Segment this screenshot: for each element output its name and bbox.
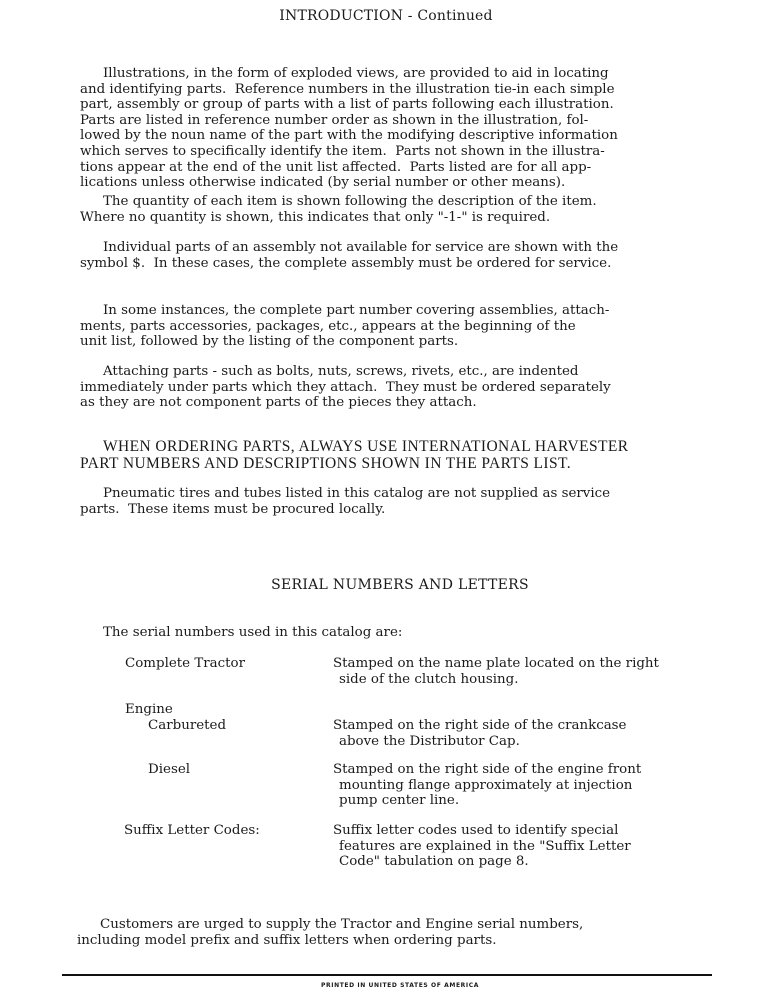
serial-row-desc: Suffix letter codes used to identify spe… <box>333 823 631 870</box>
serial-intro: The serial numbers used in this catalog … <box>103 625 402 641</box>
paragraph-illustrations: Illustrations, in the form of exploded v… <box>80 66 710 191</box>
serial-row-desc: Stamped on the right side of the engine … <box>333 762 641 809</box>
text-line: Stamped on the name plate located on the… <box>333 656 659 672</box>
serial-row-label: Carbureted <box>148 718 226 733</box>
text-line: Code" tabulation on page 8. <box>333 854 631 870</box>
paragraph-closing: Customers are urged to supply the Tracto… <box>77 917 707 948</box>
paragraph-ordering-notice: WHEN ORDERING PARTS, ALWAYS USE INTERNAT… <box>80 438 710 472</box>
page-title: INTRODUCTION - Continued <box>0 8 772 24</box>
text-line: pump center line. <box>333 793 641 809</box>
paragraph-pneumatic-tires: Pneumatic tires and tubes listed in this… <box>80 486 710 517</box>
text-line: parts. These items must be procured loca… <box>80 502 710 518</box>
text-line: above the Distributor Cap. <box>333 734 626 750</box>
text-line: WHEN ORDERING PARTS, ALWAYS USE INTERNAT… <box>80 438 710 455</box>
text-line: which serves to specifically identify th… <box>80 144 710 160</box>
text-line: Suffix letter codes used to identify spe… <box>333 823 631 839</box>
text-line: Where no quantity is shown, this indicat… <box>80 210 710 226</box>
text-line: ments, parts accessories, packages, etc.… <box>80 319 710 335</box>
text-line: Illustrations, in the form of exploded v… <box>80 66 710 82</box>
text-line: as they are not component parts of the p… <box>80 395 710 411</box>
text-line: side of the clutch housing. <box>333 672 659 688</box>
footer-imprint: PRINTED IN UNITED STATES OF AMERICA <box>0 982 772 989</box>
serial-row-label: Suffix Letter Codes: <box>124 823 260 838</box>
paragraph-complete-part-number: In some instances, the complete part num… <box>80 303 710 350</box>
text-line: tions appear at the end of the unit list… <box>80 160 710 176</box>
text-line: mounting flange approximately at injecti… <box>333 778 641 794</box>
text-line: including model prefix and suffix letter… <box>77 933 707 949</box>
engine-heading: Engine <box>125 702 173 717</box>
serial-row-label: Complete Tractor <box>125 656 245 671</box>
text-line: PART NUMBERS AND DESCRIPTIONS SHOWN IN T… <box>80 455 710 472</box>
text-line: and identifying parts. Reference numbers… <box>80 82 710 98</box>
text-line: features are explained in the "Suffix Le… <box>333 839 631 855</box>
text-line: Pneumatic tires and tubes listed in this… <box>80 486 710 502</box>
footer-rule <box>62 974 712 976</box>
text-line: immediately under parts which they attac… <box>80 380 710 396</box>
text-line: Stamped on the right side of the engine … <box>333 762 641 778</box>
paragraph-quantity: The quantity of each item is shown follo… <box>80 194 710 225</box>
text-line: unit list, followed by the listing of th… <box>80 334 710 350</box>
text-line: symbol $. In these cases, the complete a… <box>80 256 710 272</box>
text-line: Customers are urged to supply the Tracto… <box>77 917 707 933</box>
paragraph-attaching-parts: Attaching parts - such as bolts, nuts, s… <box>80 364 710 411</box>
serial-row-desc: Stamped on the right side of the crankca… <box>333 718 626 749</box>
text-line: lications unless otherwise indicated (by… <box>80 175 710 191</box>
serial-row-label: Diesel <box>148 762 190 777</box>
text-line: Attaching parts - such as bolts, nuts, s… <box>80 364 710 380</box>
text-line: In some instances, the complete part num… <box>80 303 710 319</box>
text-line: Parts are listed in reference number ord… <box>80 113 710 129</box>
serial-row-desc: Stamped on the name plate located on the… <box>333 656 659 687</box>
text-line: Stamped on the right side of the crankca… <box>333 718 626 734</box>
section-title: SERIAL NUMBERS AND LETTERS <box>0 577 772 593</box>
text-line: The quantity of each item is shown follo… <box>80 194 710 210</box>
text-line: part, assembly or group of parts with a … <box>80 97 710 113</box>
text-line: lowed by the noun name of the part with … <box>80 128 710 144</box>
paragraph-individual-parts: Individual parts of an assembly not avai… <box>80 240 710 271</box>
text-line: Individual parts of an assembly not avai… <box>80 240 710 256</box>
